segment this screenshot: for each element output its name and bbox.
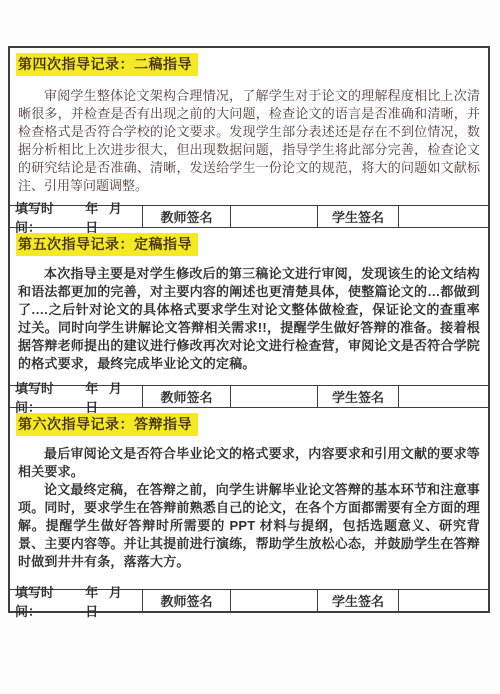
fill-date-cell: 填写时间： 年 月 日	[10, 590, 142, 611]
date-placeholder-label: 年 月 日	[85, 198, 142, 236]
section-header-row: 第六次指导记录：答辩指导	[16, 413, 482, 436]
guidance-paragraph: 论文最终定稿，在答辩之前，向学生讲解毕业论文答辩的基本环节和注意事项。同时，要求…	[18, 481, 480, 571]
student-signature-blank-cell	[398, 590, 488, 611]
date-placeholder-label: 年 月 日	[85, 378, 142, 416]
section-title-highlight: 第五次指导记录：定稿指导	[16, 233, 198, 256]
student-signature-label: 学生签名	[317, 206, 398, 227]
student-signature-label: 学生签名	[317, 386, 398, 407]
student-signature-blank-cell	[398, 206, 488, 227]
section-fifth-guidance: 第五次指导记录：定稿指导 本次指导主要是对学生修改后的第三稿论文进行审阅，发现该…	[10, 228, 488, 385]
signature-row: 填写时间： 年 月 日 教师签名 学生签名	[10, 385, 488, 408]
guidance-paragraph: 审阅学生整体论文架构合理情况，了解学生对于论文的理解程度相比上次清晰很多，并检查…	[18, 87, 480, 195]
section-sixth-guidance: 第六次指导记录：答辩指导 最后审阅论文是否符合毕业论文的格式要求，内容要求和引用…	[10, 408, 488, 589]
section-fourth-guidance: 第四次指导记录：二稿指导 审阅学生整体论文架构合理情况，了解学生对于论文的理解程…	[10, 48, 488, 205]
section-header-row: 第四次指导记录：二稿指导	[16, 53, 482, 76]
teacher-signature-label: 教师签名	[142, 590, 230, 611]
teacher-signature-blank-cell	[230, 590, 317, 611]
section-title-highlight: 第四次指导记录：二稿指导	[16, 53, 198, 76]
student-signature-label: 学生签名	[317, 590, 398, 611]
fill-date-cell: 填写时间： 年 月 日	[10, 386, 142, 407]
teacher-signature-label: 教师签名	[142, 206, 230, 227]
section-title-highlight: 第六次指导记录：答辩指导	[16, 413, 198, 436]
fill-time-label: 填写时间：	[15, 582, 76, 620]
teacher-signature-blank-cell	[230, 206, 317, 227]
student-signature-blank-cell	[398, 386, 488, 407]
signature-row: 填写时间： 年 月 日 教师签名 学生签名	[10, 205, 488, 228]
teacher-signature-label: 教师签名	[142, 386, 230, 407]
guidance-record-table: 第四次指导记录：二稿指导 审阅学生整体论文架构合理情况，了解学生对于论文的理解程…	[8, 46, 490, 613]
fill-time-label: 填写时间：	[15, 198, 76, 236]
guidance-paragraph: 本次指导主要是对学生修改后的第三稿论文进行审阅，发现该生的论文结构和语法都更加的…	[18, 265, 480, 373]
guidance-paragraph: 最后审阅论文是否符合毕业论文的格式要求，内容要求和引用文献的要求等相关要求。	[18, 445, 480, 481]
signature-row: 填写时间： 年 月 日 教师签名 学生签名	[10, 589, 488, 611]
date-placeholder-label: 年 月 日	[85, 582, 142, 620]
document-page: { "document": { "background": "#fdfdfd",…	[0, 0, 500, 694]
section-header-row: 第五次指导记录：定稿指导	[16, 233, 482, 256]
teacher-signature-blank-cell	[230, 386, 317, 407]
fill-date-cell: 填写时间： 年 月 日	[10, 206, 142, 227]
fill-time-label: 填写时间：	[15, 378, 76, 416]
